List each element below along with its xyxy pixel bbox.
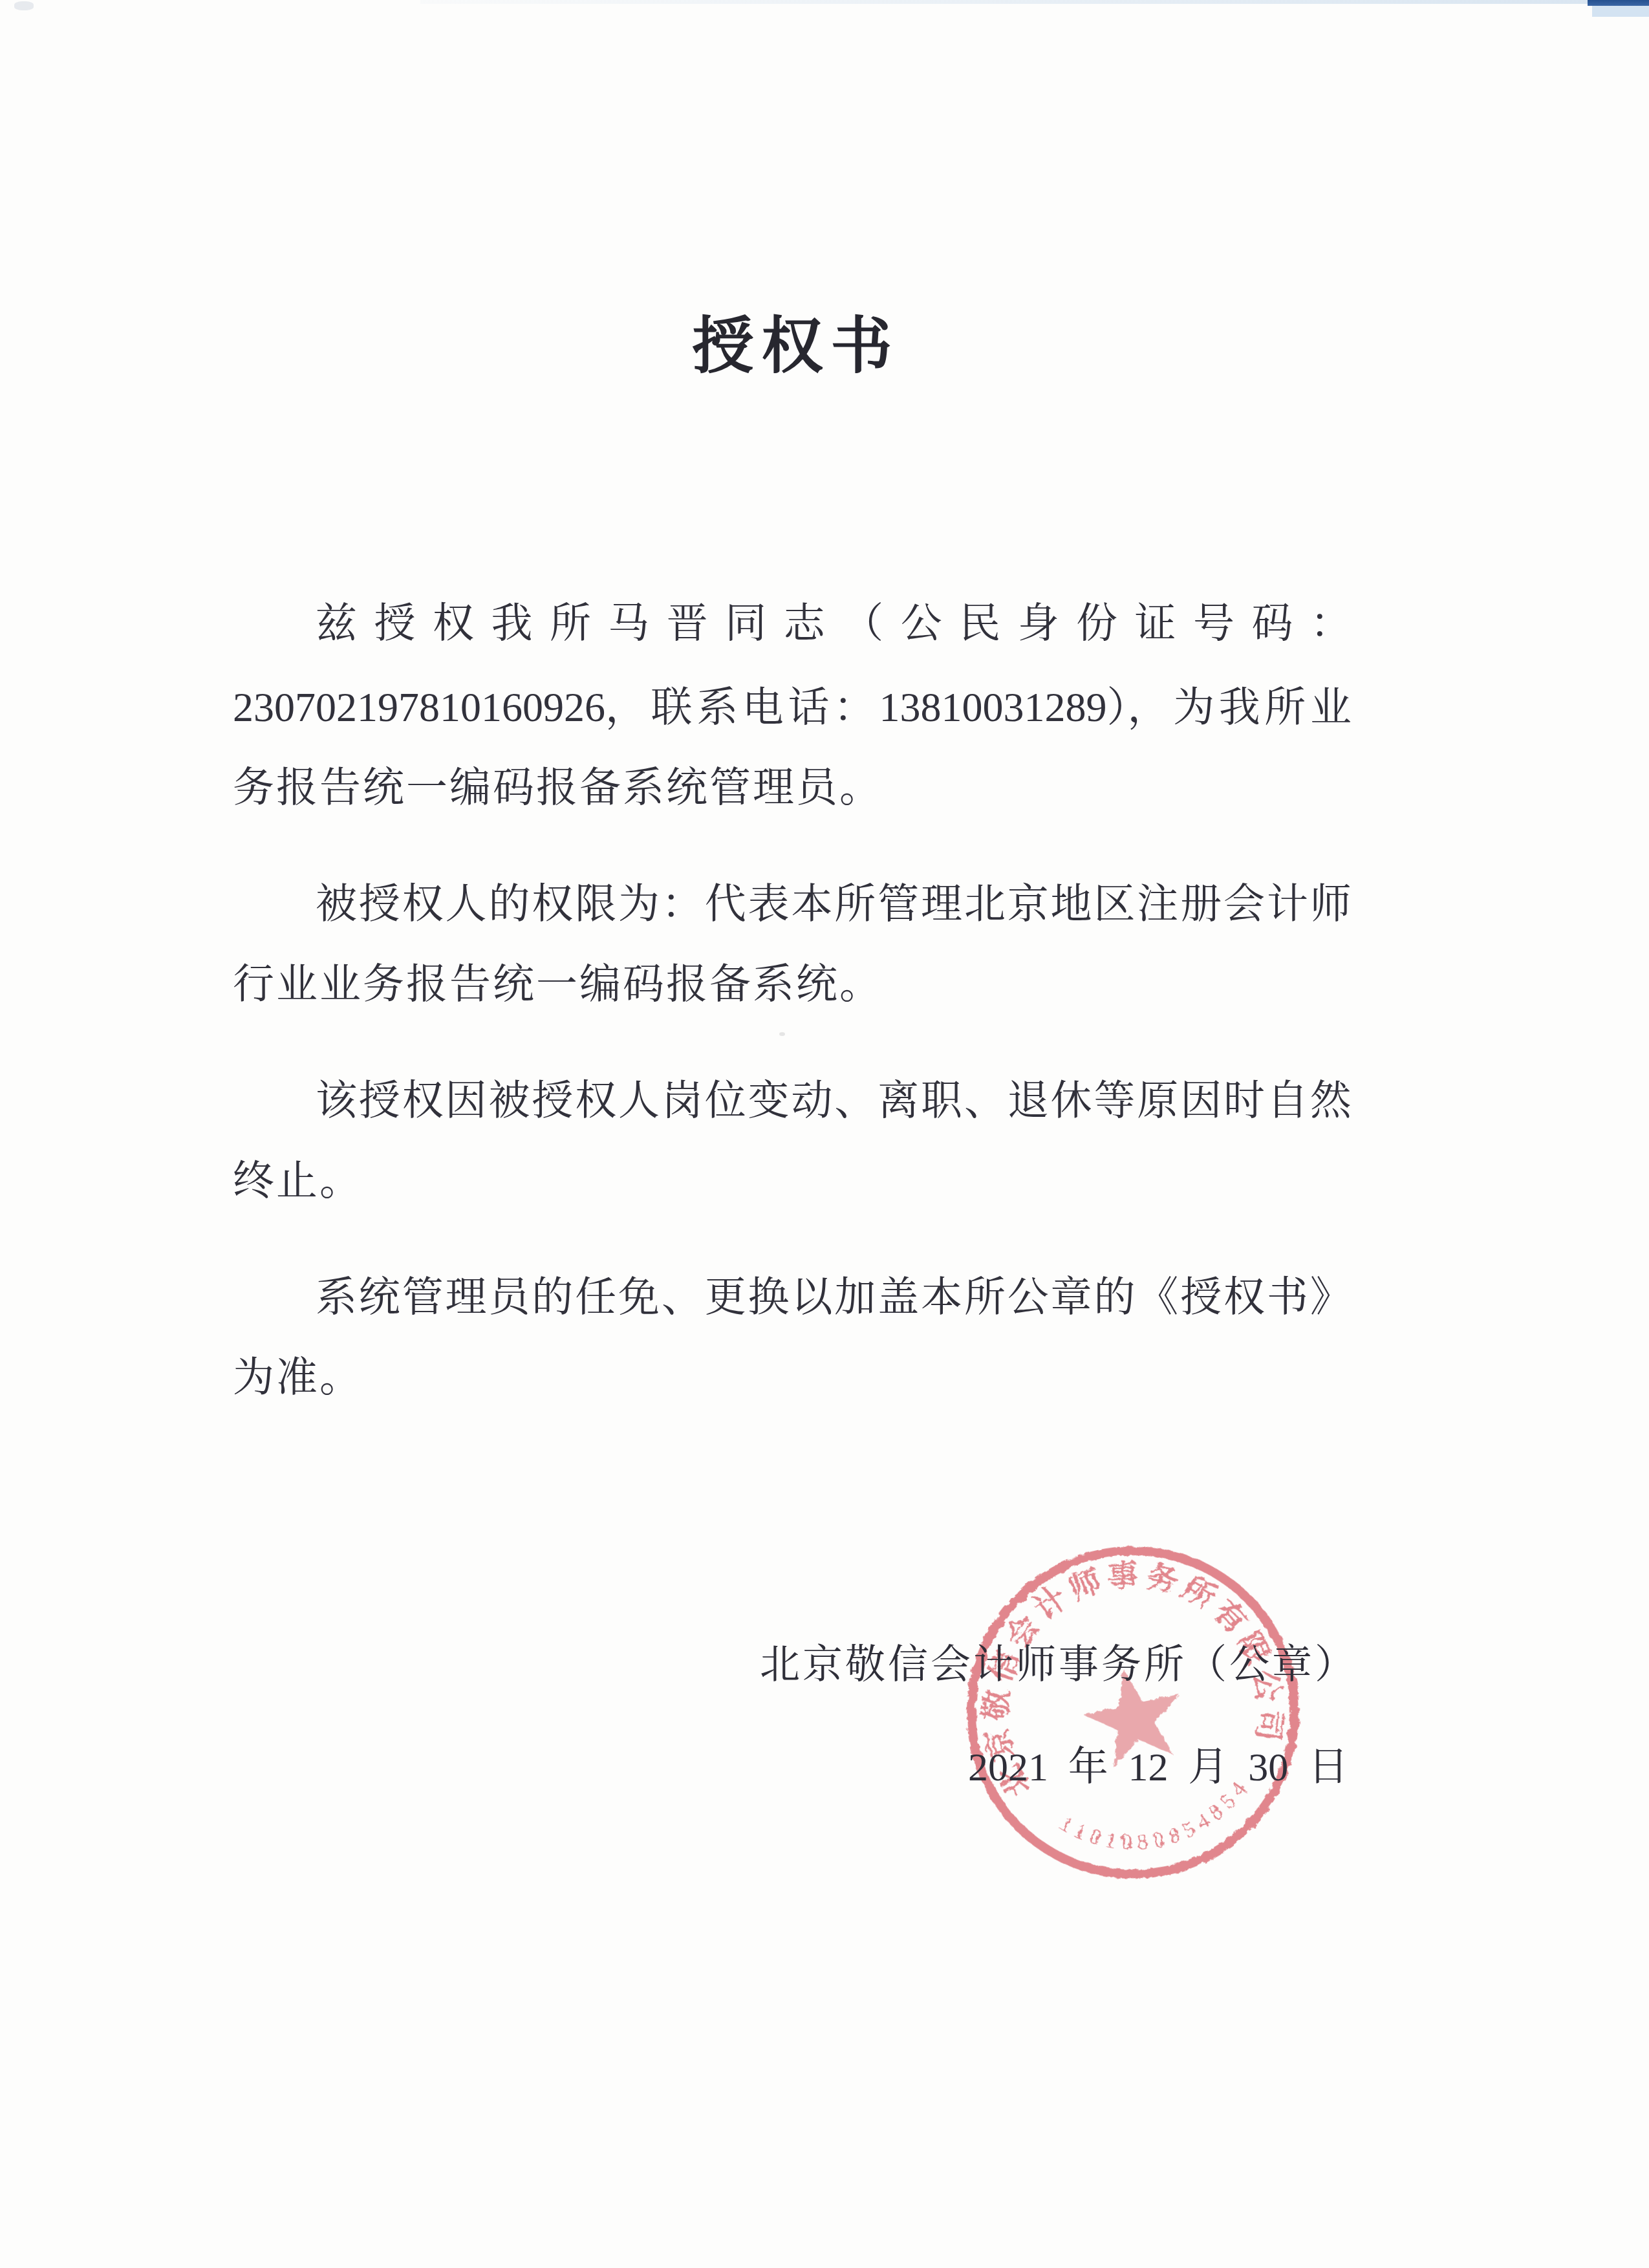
official-seal-stamp: 北京敬信会计师事务所有限公司 1101080854854 [958,1538,1308,1887]
scan-artifact-corner-bar [1588,0,1649,6]
signature-date-line: 2021 年 12 月 30 日 [968,1744,1348,1791]
scan-artifact-left-smudge [14,1,34,10]
body-line: 务报告统一编码报备系统管理员。 [233,746,1352,830]
date-month-label: 月 [1188,1744,1228,1791]
body-line: 230702197810160926，联系电话：13810031289），为我所… [233,662,1352,746]
date-year-label: 年 [1068,1744,1108,1791]
document-title: 授权书 [233,316,1352,378]
date-day-label: 日 [1308,1744,1348,1791]
paragraph-3: 该授权因被授权人岗位变动、离职、退休等原因时自然 终止。 [233,1055,1352,1223]
document-body: 兹授权我所马晋同志（公民身份证号码： 230702197810160926，联系… [233,578,1352,1420]
date-year-value: 2021 [968,1744,1048,1791]
body-line: 被授权人的权限为：代表本所管理北京地区注册会计师 [233,858,1352,942]
scan-artifact-corner-wash [1592,6,1649,17]
body-line: 终止。 [233,1139,1352,1223]
body-line: 该授权因被授权人岗位变动、离职、退休等原因时自然 [233,1055,1352,1139]
body-line: 为准。 [233,1335,1352,1420]
paragraph-1: 兹授权我所马晋同志（公民身份证号码： 230702197810160926，联系… [233,578,1352,830]
date-day-value: 30 [1248,1744,1288,1791]
body-line: 行业业务报告统一编码报备系统。 [233,942,1352,1026]
scan-artifact-top-strip [420,0,1588,4]
body-line: 系统管理员的任免、更换以加盖本所公章的《授权书》 [233,1251,1352,1335]
paragraph-2: 被授权人的权限为：代表本所管理北京地区注册会计师 行业业务报告统一编码报备系统。 [233,858,1352,1026]
scanned-document-page: 授权书 兹授权我所马晋同志（公民身份证号码： 23070219781016092… [0,0,1649,2268]
body-line: 兹授权我所马晋同志（公民身份证号码： [233,578,1352,662]
date-month-value: 12 [1128,1744,1169,1791]
signature-firm-line: 北京敬信会计师事务所（公章） [760,1641,1357,1689]
paragraph-4: 系统管理员的任免、更换以加盖本所公章的《授权书》 为准。 [233,1251,1352,1420]
